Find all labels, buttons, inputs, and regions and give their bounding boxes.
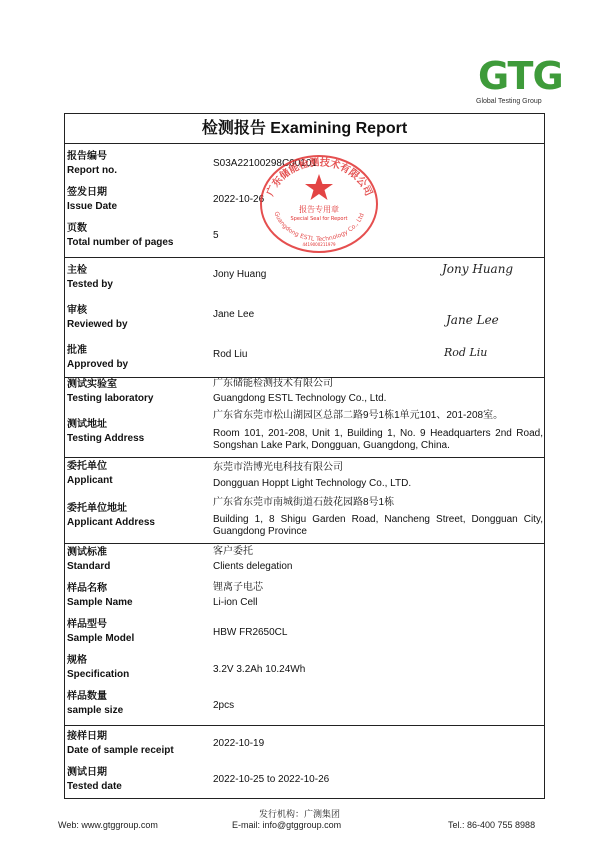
signature-approved-by: Rod Liu	[444, 346, 487, 359]
value-sample-model: HBW FR2650CL	[213, 627, 543, 639]
footer-tel: Tel.: 86-400 755 8988	[448, 820, 535, 830]
gtg-logo: GTG Global Testing Group	[470, 54, 590, 110]
label-sample-model: 样品型号Sample Model	[67, 618, 134, 645]
value-testing-lab-en: Guangdong ESTL Technology Co., Ltd.	[213, 393, 543, 405]
section-sample: 测试标准Standard 客户委托 Clients delegation 样品名…	[65, 544, 544, 726]
gtg-logo-mark: GTG	[478, 54, 563, 98]
value-applicant-address-zh: 广东省东莞市南城街道石鼓花园路8号1栋	[213, 497, 543, 509]
label-standard: 测试标准Standard	[67, 546, 110, 573]
value-sample-size: 2pcs	[213, 700, 543, 712]
label-total-pages: 页数Total number of pages	[67, 222, 174, 249]
label-testing-address: 测试地址Testing Address	[67, 418, 144, 445]
label-tested-by: 主检Tested by	[67, 264, 113, 291]
label-sample-name: 样品名称Sample Name	[67, 582, 133, 609]
value-applicant-address-en: Building 1, 8 Shigu Garden Road, Nanchen…	[213, 514, 543, 538]
value-testing-lab-zh: 广东储能检测技术有限公司	[213, 378, 543, 390]
footer-email[interactable]: E-mail: info@gtggroup.com	[232, 820, 341, 830]
label-reviewed-by: 审核Reviewed by	[67, 304, 128, 331]
report-title: 检测报告 Examining Report	[65, 114, 544, 144]
label-report-no: 报告编号Report no.	[67, 150, 117, 177]
gtg-logo-subtitle: Global Testing Group	[476, 98, 542, 105]
value-applicant-en: Dongguan Hoppt Light Technology Co., LTD…	[213, 478, 543, 490]
value-tested-date: 2022-10-25 to 2022-10-26	[213, 774, 543, 786]
label-receipt-date: 接样日期Date of sample receipt	[67, 730, 174, 757]
value-approved-by: Rod Liu	[213, 349, 543, 361]
value-applicant-zh: 东莞市浩博光电科技有限公司	[213, 462, 543, 474]
value-testing-address-en: Room 101, 201-208, Unit 1, Building 1, N…	[213, 428, 543, 452]
value-specification: 3.2V 3.2Ah 10.24Wh	[213, 664, 543, 676]
label-tested-date: 测试日期Tested date	[67, 766, 122, 793]
seal-center-en: Special Seal for Report	[291, 216, 348, 222]
label-testing-lab: 测试实验室Testing laboratory	[67, 378, 154, 405]
seal-star-icon	[305, 174, 333, 200]
label-sample-size: 样品数量sample size	[67, 690, 123, 717]
section-applicant: 委托单位Applicant 东莞市浩博光电科技有限公司 Dongguan Hop…	[65, 458, 544, 544]
seal-serial: 4419000211979	[302, 242, 336, 247]
label-applicant-address: 委托单位地址Applicant Address	[67, 502, 155, 529]
signature-tested-by: Jony Huang	[442, 262, 513, 276]
label-specification: 规格Specification	[67, 654, 129, 681]
value-sample-name-zh: 锂离子电芯	[213, 582, 543, 594]
signature-reviewed-by: Jane Lee	[446, 313, 499, 327]
value-sample-name-en: Li-ion Cell	[213, 597, 543, 609]
value-receipt-date: 2022-10-19	[213, 738, 543, 750]
section-testing-lab: 测试实验室Testing laboratory 广东储能检测技术有限公司 Gua…	[65, 378, 544, 458]
value-testing-address-zh: 广东省东莞市松山湖园区总部二路9号1栋1单元101、201-208室。	[213, 410, 543, 422]
section-dates: 接样日期Date of sample receipt 2022-10-19 测试…	[65, 726, 544, 800]
label-issue-date: 签发日期Issue Date	[67, 186, 117, 213]
value-standard-en: Clients delegation	[213, 561, 543, 573]
label-applicant: 委托单位Applicant	[67, 460, 113, 487]
official-seal-stamp: 广东储能检测技术有限公司 Guangdong ESTL Technology C…	[257, 150, 382, 255]
seal-center-zh: 报告专用章	[299, 204, 339, 214]
label-approved-by: 批准Approved by	[67, 344, 128, 371]
footer-issuer: 发行机构：广测集团	[0, 807, 599, 820]
footer-web[interactable]: Web: www.gtggroup.com	[58, 820, 158, 830]
value-standard-zh: 客户委托	[213, 546, 543, 558]
